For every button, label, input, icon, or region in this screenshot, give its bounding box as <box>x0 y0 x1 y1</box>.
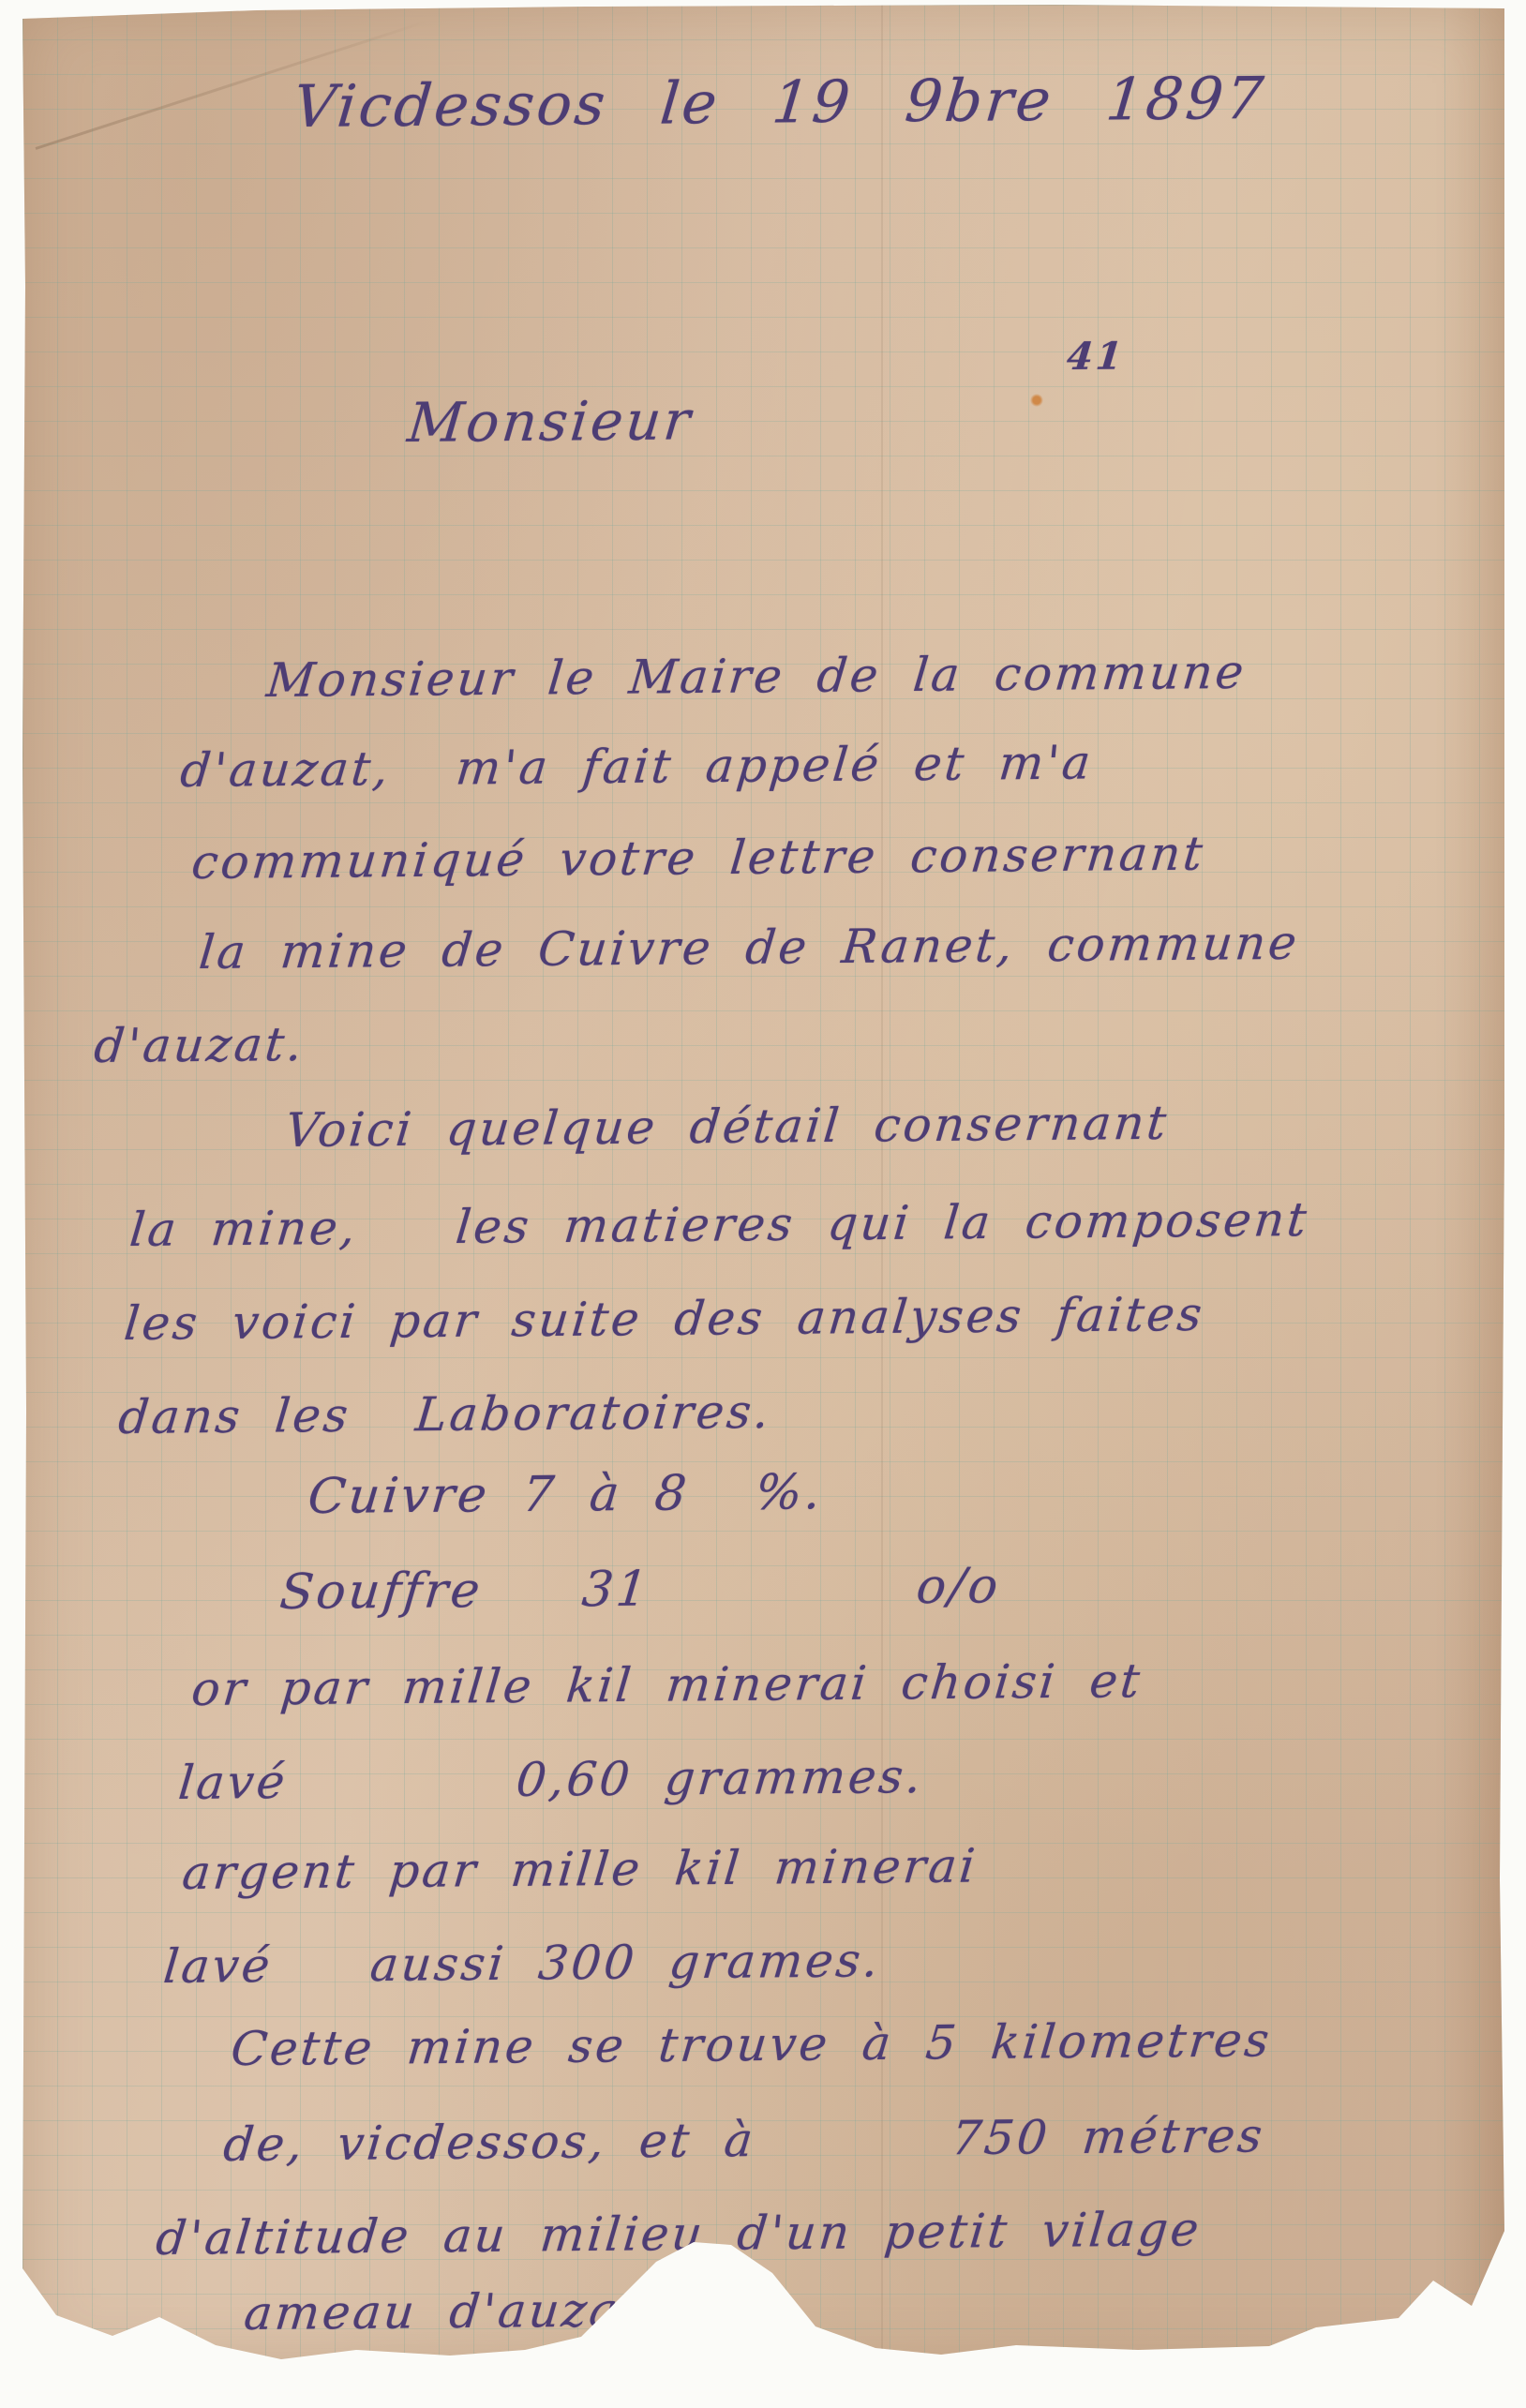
letter-body-line-torn: ameau d'auzat <box>242 2282 645 2341</box>
letter-paper-sheet: Vicdessos le 19 9bre 1897 41 Monsieur Mo… <box>22 5 1505 2367</box>
letter-body-line: la mine de Cuivre de Ranet, commune <box>197 916 1302 980</box>
letter-body-line: Voici quelque détail consernant <box>283 1096 1172 1158</box>
letter-body-line: dans les Laboratoires. <box>116 1384 774 1444</box>
letter-analysis-line-argent-value: lavé aussi 300 grames. <box>161 1933 883 1994</box>
paper-fold-crease-vertical <box>881 5 883 2367</box>
letter-analysis-line-or-value: lavé 0,60 grammes. <box>176 1749 926 1810</box>
letter-body-line: d'auzat, m'a fait appelé et m'a <box>178 736 1096 798</box>
letter-date-line: Vicdessos le 19 9bre 1897 <box>291 64 1269 141</box>
page-number-mark: 41 <box>1065 334 1127 379</box>
letter-body-line: les voici par suite des analyses faites <box>122 1287 1207 1351</box>
letter-body-line: la mine, les matieres qui la composent <box>127 1192 1311 1257</box>
letter-analysis-line-or: or par mille kil minerai choisi et <box>189 1653 1144 1716</box>
letter-analysis-line-argent: argent par mille kil minerai <box>180 1839 980 1900</box>
letter-body-line: de, vicdessos, et à 750 métres <box>221 2108 1267 2172</box>
letter-body-line: d'altitude au milieu d'un petit vilage <box>154 2202 1204 2266</box>
letter-analysis-line-cuivre: Cuivre 7 à 8 %. <box>306 1464 826 1525</box>
letter-body-line: d'auzat. <box>92 1017 307 1073</box>
letter-body-line: communiqué votre lettre consernant <box>189 827 1207 890</box>
letter-body-line: Monsieur le Maire de la commune <box>264 645 1249 708</box>
letter-analysis-line-souffre: Souffre 31 o/o <box>277 1558 1003 1621</box>
letter-body-line: Cette mine se trouve à 5 kilometres <box>229 2012 1274 2076</box>
scanned-letter-page: { "letter": { "date_line": "Vicdessos le… <box>0 0 1526 2408</box>
letter-salutation: Monsieur <box>405 388 696 455</box>
